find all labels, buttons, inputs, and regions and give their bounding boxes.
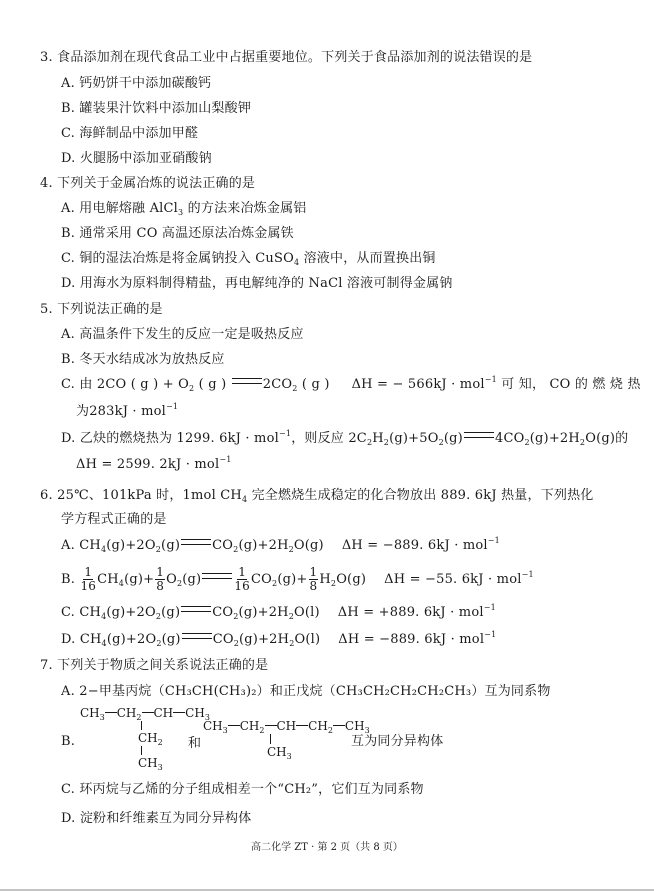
text: A. 用电解熔融 AlCl <box>61 201 178 216</box>
superscript: −1 <box>279 429 291 438</box>
delta-h: ΔH = −55. 6kJ · mol <box>384 572 521 587</box>
q5-option-c-cont: 为283kJ · mol−1 <box>76 403 178 421</box>
q3-option-b: B. 罐装果汁饮料中添加山梨酸钾 <box>61 100 251 118</box>
q3-stem: 3. 食品添加剂在现代食品工业中占据重要地位。下列关于食品添加剂的说法错误的是 <box>40 49 532 67</box>
subscript: 2 <box>439 438 444 447</box>
q4-option-a: A. 用电解熔融 AlCl3 的方法来冶炼金属铝 <box>61 200 306 218</box>
delta-h: ΔH = 2599. 2kJ · mol <box>76 457 219 472</box>
text: C. 由 2CO ( g ) + O <box>61 377 189 392</box>
bond-vertical <box>141 721 142 730</box>
q6-option-b: B. 116CH4(g)+18O2(g)116CO2(g)+18H2O(g)ΔH… <box>61 566 534 593</box>
equals-sign <box>182 633 212 639</box>
structure-3-methylpentane-left: CH3CH2CHCH3 <box>80 706 210 721</box>
q6-option-c: C. CH4(g)+2O2(g)CO2(g)+2H2O(l)ΔH = +889.… <box>61 604 496 622</box>
q4-option-c: C. 铜的湿法冶炼是将金属钠投入 CuSO4 溶液中，从而置换出铜 <box>61 250 436 268</box>
and-text: 和 <box>188 735 201 753</box>
bond-vertical <box>141 746 142 755</box>
equals-sign <box>202 573 232 579</box>
branch-ch2: CH2 <box>138 731 163 746</box>
text: O(l) <box>294 632 320 647</box>
q6-stem-cont: 学方程式正确的是 <box>61 511 167 529</box>
superscript: −1 <box>485 375 497 384</box>
q6-option-d: D. CH4(g)+2O2(g)CO2(g)+2H2O(l)ΔH = −889.… <box>61 631 496 649</box>
equals-sign <box>181 539 211 545</box>
subscript: 2 <box>156 545 161 554</box>
q7-option-b-label: B. <box>61 733 75 751</box>
q6-option-a: A. CH4(g)+2O2(g)CO2(g)+2H2O(g)ΔH = −889.… <box>61 537 500 555</box>
subscript: 2 <box>156 639 161 648</box>
page-footer: 高二化学 ZT · 第 2 页（共 8 页） <box>0 838 654 853</box>
text: D. 乙炔的燃烧热为 1299. 6kJ · mol <box>61 431 279 446</box>
fraction: 116 <box>80 566 96 593</box>
subscript: 2 <box>384 438 389 447</box>
equals-sign <box>464 432 494 438</box>
subscript: 2 <box>233 612 238 621</box>
q5-option-d: D. 乙炔的燃烧热为 1299. 6kJ · mol−1，则反应 2C2H2(g… <box>61 430 628 448</box>
delta-h: ΔH = − 566kJ · mol <box>352 377 485 392</box>
superscript: −1 <box>166 402 178 411</box>
q4-stem: 4. 下列关于金属冶炼的说法正确的是 <box>40 175 255 193</box>
delta-h: ΔH = −889. 6kJ · mol <box>338 632 484 647</box>
label: C. <box>61 605 75 620</box>
superscript: −1 <box>219 455 231 464</box>
text: ( g ) <box>194 377 230 392</box>
label: D. <box>61 632 76 647</box>
equals-sign <box>181 606 211 612</box>
subscript: 4 <box>101 545 106 554</box>
subscript: 2 <box>272 579 277 588</box>
q4-option-b: B. 通常采用 CO 高温还原法冶炼金属铁 <box>61 225 294 243</box>
branch-ch3: CH3 <box>138 756 163 771</box>
subscript: 2 <box>234 639 239 648</box>
q7-option-d: D. 淀粉和纤维素互为同分异构体 <box>61 810 251 828</box>
page-bottom-divider <box>0 889 654 891</box>
subscript: 4 <box>102 639 107 648</box>
text: 可 知， CO 的 燃 烧 热 <box>497 377 641 392</box>
q7-option-a: A. 2−甲基丙烷（CH₃CH(CH₃)₂）和正戊烷（CH₃CH₂CH₂CH₂C… <box>61 683 551 701</box>
q5-stem: 5. 下列说法正确的是 <box>40 301 163 319</box>
subscript: 2 <box>177 579 182 588</box>
text: O(l) <box>294 605 320 620</box>
q7-option-b-tail: 互为同分异构体 <box>351 733 443 751</box>
q5-option-d-cont: ΔH = 2599. 2kJ · mol−1 <box>76 456 232 474</box>
branch-ch3: CH3 <box>267 745 292 760</box>
q3-option-a: A. 钙奶饼干中添加碳酸钙 <box>61 75 211 93</box>
q5-option-b: B. 冬天水结成冰为放热反应 <box>61 351 225 369</box>
label: B. <box>61 572 75 587</box>
fraction: 116 <box>234 566 250 593</box>
q7-stem: 7. 下列关于物质之间关系说法正确的是 <box>40 657 268 675</box>
equals-sign <box>232 378 262 384</box>
fraction: 18 <box>155 566 165 593</box>
text: 4CO <box>495 431 524 446</box>
subscript: 4 <box>101 612 106 621</box>
delta-h: ΔH = +889. 6kJ · mol <box>338 605 484 620</box>
text: 溶液中，从而置换出铜 <box>299 251 435 266</box>
q3-option-c: C. 海鲜制品中添加甲醛 <box>61 125 198 143</box>
superscript: −1 <box>484 603 496 612</box>
q7-option-c: C. 环丙烷与乙烯的分子组成相差一个“CH₂”，它们互为同系物 <box>61 781 424 799</box>
bond-vertical <box>270 734 271 744</box>
fraction: 18 <box>309 566 319 593</box>
text: 完全燃烧生成稳定的化合物放出 889. 6kJ 热量，下列热化 <box>247 488 593 503</box>
superscript: −1 <box>488 536 500 545</box>
text: 6. 25℃、101kPa 时，1mol CH <box>40 488 242 503</box>
superscript: −1 <box>522 570 534 579</box>
text: 为283kJ · mol <box>76 404 166 419</box>
subscript: 4 <box>119 579 124 588</box>
text: (g)+2H <box>530 431 580 446</box>
text: ( g ) <box>298 377 330 392</box>
q3-option-d: D. 火腿肠中添加亚硝酸钠 <box>61 150 212 168</box>
delta-h: ΔH = −889. 6kJ · mol <box>342 538 488 553</box>
text: C. 铜的湿法冶炼是将金属钠投入 CuSO <box>61 251 294 266</box>
text: 的方法来冶炼金属铝 <box>183 201 306 216</box>
text: O(g)的 <box>585 431 628 446</box>
subscript: 2 <box>367 438 372 447</box>
q5-option-a: A. 高温条件下发生的反应一定是吸热反应 <box>61 326 304 344</box>
text: O(g) <box>336 572 366 587</box>
q6-stem: 6. 25℃、101kPa 时，1mol CH4 完全燃烧生成稳定的化合物放出 … <box>40 487 594 505</box>
q5-option-c: C. 由 2CO ( g ) + O2 ( g ) 2CO2 ( g )ΔH =… <box>61 376 641 394</box>
subscript: 2 <box>156 612 161 621</box>
label: A. <box>61 538 75 553</box>
superscript: −1 <box>484 630 496 639</box>
text: O(g) <box>294 538 324 553</box>
q4-option-d: D. 用海水为原料制得精盐，再电解纯净的 NaCl 溶液可制得金属钠 <box>61 275 453 293</box>
structure-3-methylpentane-right: CH3CH2CHCH2CH3 <box>203 719 370 734</box>
text: ，则反应 2C <box>291 431 367 446</box>
text: 2CO <box>263 377 292 392</box>
subscript: 2 <box>233 545 238 554</box>
